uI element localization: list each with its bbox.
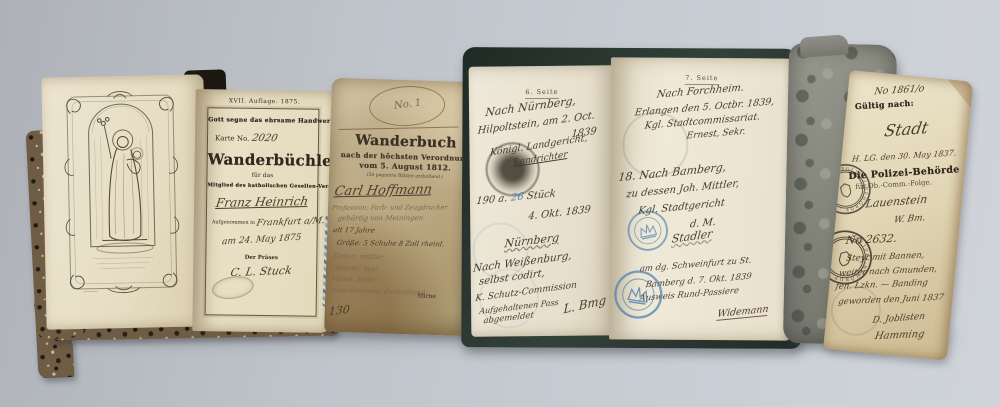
blue-eagle-stamp-icon bbox=[623, 206, 673, 256]
title-page: XVII. Auflage. 1875. Gott segne das ehrs… bbox=[192, 89, 333, 333]
entry-line: Ernest, Sekr. bbox=[686, 127, 746, 142]
desc-profession: Profession: Farb- und Zeugdrucker bbox=[331, 203, 448, 211]
corner-fold-shading bbox=[945, 79, 973, 107]
right-page-header: 7. Seite bbox=[611, 73, 793, 82]
praeses-label: Der Präses bbox=[206, 254, 316, 262]
doc-number: No 1861/o bbox=[873, 83, 925, 97]
catchword: Stirne bbox=[417, 292, 436, 300]
karte-label: Karte No. bbox=[215, 134, 249, 142]
desc-mund: Mund: klein bbox=[331, 275, 375, 284]
entry-line: 190 a. bbox=[476, 193, 509, 207]
date-line: H. LG. den 30. May 1837. bbox=[852, 148, 957, 163]
blue-pencil-mark: 26 bbox=[510, 191, 524, 203]
polizei-document: No 1861/o Gültig nach: Stadt H. LG. den … bbox=[823, 70, 973, 361]
entry-line: Stück bbox=[526, 188, 556, 202]
admission-place: Frankfurt a/M. bbox=[255, 216, 325, 229]
signature: Hamming bbox=[874, 329, 926, 342]
edition-line: XVII. Auflage. 1875. bbox=[195, 97, 333, 106]
photograph-of-antique-documents: XVII. Auflage. 1875. Gott segne das ehrs… bbox=[0, 0, 1000, 407]
aufgenommen-line: Aufgenommen in Frankfurt a/M. bbox=[212, 216, 324, 228]
book-title: Wanderbüchlein bbox=[208, 150, 318, 170]
blue-eagle-stamp-icon bbox=[610, 266, 667, 323]
open-book-right-page: 7. Seite Nach Forchheim. Erlangen den 5.… bbox=[609, 57, 793, 340]
entry-line: Stadler bbox=[671, 227, 713, 246]
motto: Gott segne das ehrsame Handwerk! bbox=[208, 116, 318, 125]
title-page-frame: Gott segne das ehrsame Handwerk! Karte N… bbox=[205, 107, 320, 317]
engraving-page bbox=[41, 74, 208, 329]
wanderbuch-sub3: (50 paginirte Blätter enthaltend.) bbox=[329, 172, 481, 182]
oval-stamp-number: No. 1 bbox=[394, 97, 422, 111]
karte-line: Karte No. 2020 bbox=[215, 132, 277, 144]
stadt-handwriting: Stadt bbox=[883, 118, 930, 141]
gueltig-label: Gültig nach: bbox=[855, 98, 915, 112]
open-book-left-page: 6. Seite Nach Nürnberg, Hilpoltstein, am… bbox=[469, 65, 618, 337]
holder-name: Carl Hoffmann bbox=[333, 182, 433, 199]
desc-height: Größe: 5 Schuhe 8 Zoll rheinl. bbox=[336, 239, 445, 248]
left-book: XVII. Auflage. 1875. Gott segne das ehrs… bbox=[34, 70, 336, 352]
page-signature: Widemann bbox=[716, 304, 769, 321]
desc-age: alt 17 Jahre bbox=[333, 226, 376, 235]
left-page-header: 6. Seite bbox=[469, 87, 615, 97]
st-joseph-with-child-engraving-icon bbox=[60, 87, 184, 301]
karte-number: 2020 bbox=[250, 133, 278, 144]
show-through-blue-stamp bbox=[479, 268, 540, 329]
signature-flourish: L. Bmg bbox=[563, 293, 606, 317]
corner-number: 130 bbox=[328, 303, 350, 318]
tan-wanderbuch-page: No. 1 Wanderbuch nach der höchsten Veror… bbox=[324, 78, 484, 337]
mitglied-line: Mitglied des katholischen Gesellen-Verei… bbox=[207, 182, 317, 190]
admission-date: am 24. May 1875 bbox=[206, 232, 317, 248]
entry-with-blue-mark: 190 a. 26 Stück bbox=[476, 188, 556, 207]
desc-statur: Statur: mittler bbox=[332, 252, 385, 262]
fuer-das: für das bbox=[207, 171, 317, 180]
aufgenommen-label: Aufgenommen in bbox=[212, 219, 255, 226]
praeses-signature: C. L. Stuck bbox=[205, 263, 317, 280]
entry-line: Nach Forchheim. bbox=[656, 82, 745, 100]
desc-augenbrauen: Augenbraunen: dunkelblond bbox=[331, 286, 426, 297]
signature: W. Bm. bbox=[893, 213, 926, 226]
grey-cover-torn-tab bbox=[799, 34, 848, 57]
desc-origin: gebürtig von Meiningen bbox=[337, 214, 424, 222]
desc-gesicht: Gesicht: oval bbox=[331, 264, 378, 273]
entry-line: 4. Okt. 1839 bbox=[528, 204, 591, 222]
member-name: Franz Heinrich bbox=[206, 194, 318, 210]
wanderbuch-title: Wanderbuch bbox=[330, 132, 482, 153]
flourish-line bbox=[338, 127, 458, 131]
oval-ink-stamp: No. 1 bbox=[368, 84, 446, 128]
